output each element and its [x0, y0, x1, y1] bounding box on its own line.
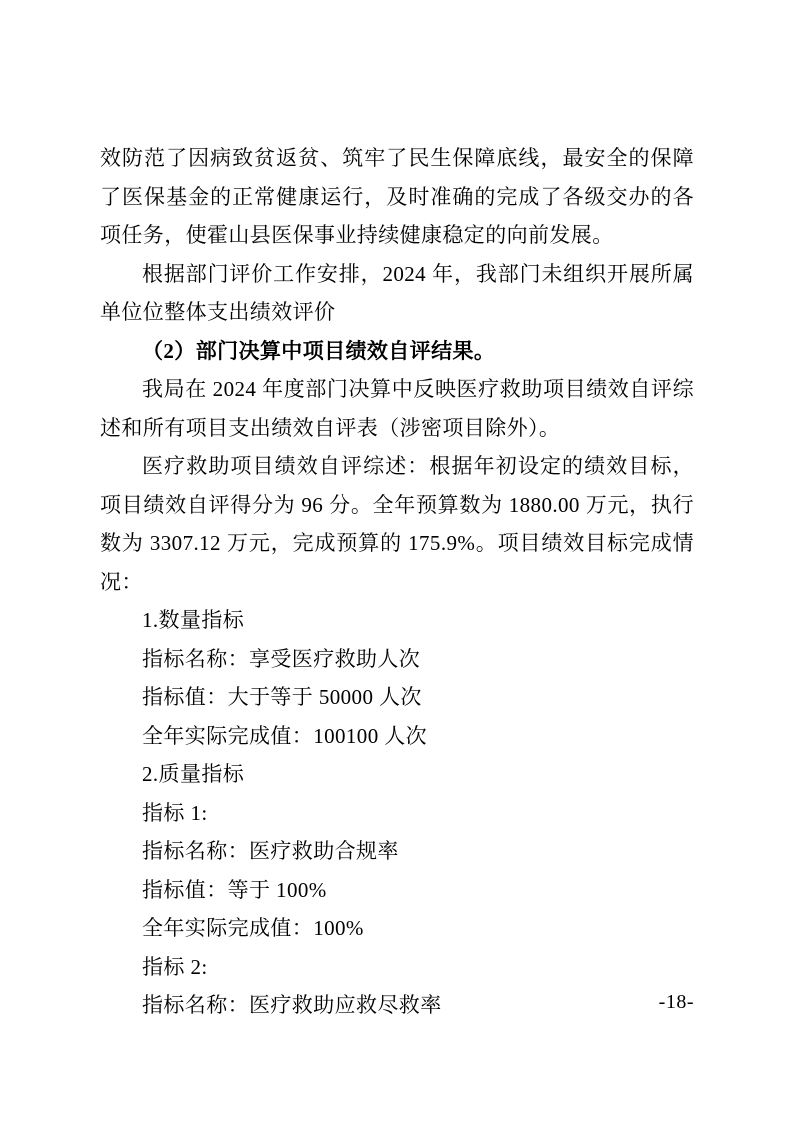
page-number: -18- [100, 991, 694, 1013]
indicator-value-line: 指标值：等于 100% [100, 871, 694, 910]
section-heading: （2）部门决算中项目绩效自评结果。 [100, 332, 694, 371]
list-item-quality-indicator: 2.质量指标 [100, 755, 694, 794]
indicator-actual-line: 全年实际完成值：100% [100, 909, 694, 948]
document-body: 效防范了因病致贫返贫、筑牢了民生保障底线，最安全的保障了医保基金的正常健康运行，… [100, 139, 694, 1025]
list-item-quantity-indicator: 1.数量指标 [100, 601, 694, 640]
paragraph: 根据部门评价工作安排，2024 年，我部门未组织开展所属单位位整体支出绩效评价 [100, 255, 694, 332]
paragraph: 医疗救助项目绩效自评综述：根据年初设定的绩效目标，项目绩效自评得分为 96 分。… [100, 447, 694, 601]
paragraph-continuation: 效防范了因病致贫返贫、筑牢了民生保障底线，最安全的保障了医保基金的正常健康运行，… [100, 139, 694, 255]
indicator-1-label: 指标 1: [100, 794, 694, 833]
indicator-value-line: 指标值：大于等于 50000 人次 [100, 678, 694, 717]
indicator-2-label: 指标 2: [100, 948, 694, 987]
indicator-actual-line: 全年实际完成值：100100 人次 [100, 717, 694, 756]
indicator-name-line: 指标名称：医疗救助合规率 [100, 832, 694, 871]
indicator-name-line: 指标名称：享受医疗救助人次 [100, 640, 694, 679]
document-page: 效防范了因病致贫返贫、筑牢了民生保障底线，最安全的保障了医保基金的正常健康运行，… [0, 0, 793, 1122]
paragraph: 我局在 2024 年度部门决算中反映医疗救助项目绩效自评综述和所有项目支出绩效自… [100, 370, 694, 447]
